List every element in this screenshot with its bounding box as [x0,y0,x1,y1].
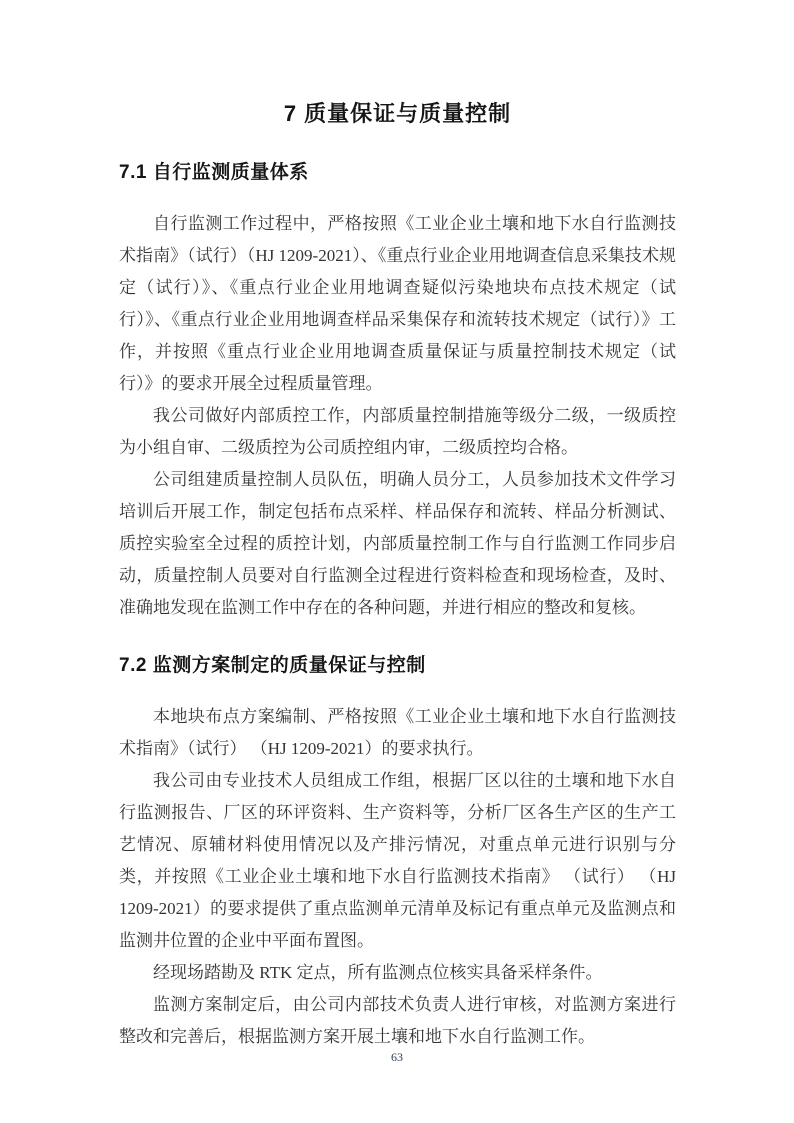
paragraph: 监测方案制定后，由公司内部技术负责人进行审核，对监测方案进行整改和完善后，根据监… [119,989,676,1053]
paragraph: 本地块布点方案编制、严格按照《工业企业土壤和地下水自行监测技术指南》（试行） （… [119,701,676,765]
section-heading-7-1: 7.1 自行监测质量体系 [119,159,676,187]
paragraph: 公司组建质量控制人员队伍，明确人员分工，人员参加技术文件学习培训后开展工作，制定… [119,464,676,624]
document-page: 7 质量保证与质量控制 7.1 自行监测质量体系 自行监测工作过程中，严格按照《… [0,0,794,1123]
paragraph: 自行监测工作过程中，严格按照《工业企业土壤和地下水自行监测技术指南》（试行）（H… [119,208,676,400]
section-7-2: 7.2 监测方案制定的质量保证与控制 本地块布点方案编制、严格按照《工业企业土壤… [119,652,676,1053]
section-7-1: 7.1 自行监测质量体系 自行监测工作过程中，严格按照《工业企业土壤和地下水自行… [119,159,676,624]
section-heading-7-2: 7.2 监测方案制定的质量保证与控制 [119,652,676,680]
page-title: 7 质量保证与质量控制 [119,97,676,131]
paragraph: 我公司做好内部质控工作，内部质量控制措施等级分二级，一级质控为小组自审、二级质控… [119,400,676,464]
paragraph: 经现场踏勘及 RTK 定点，所有监测点位核实具备采样条件。 [119,957,676,989]
page-number: 63 [0,1048,794,1066]
paragraph: 我公司由专业技术人员组成工作组，根据厂区以往的土壤和地下水自行监测报告、厂区的环… [119,765,676,957]
